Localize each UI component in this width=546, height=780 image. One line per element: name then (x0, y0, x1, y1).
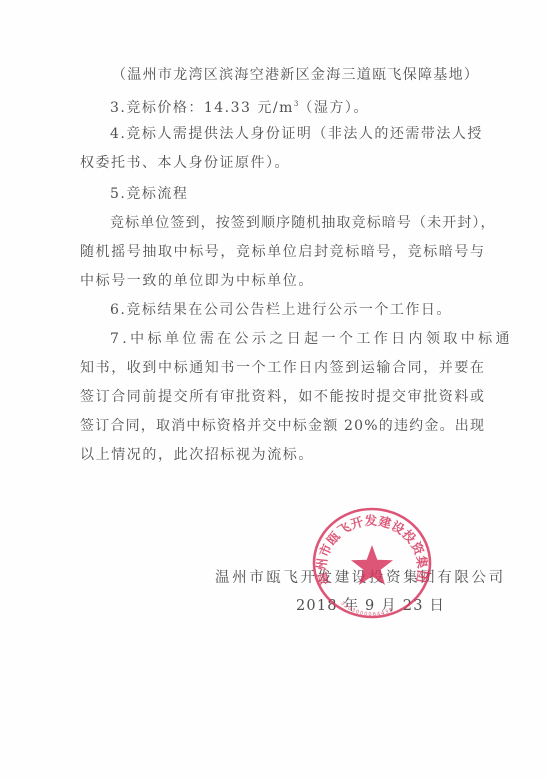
price-text: 3.竞标价格：14.33 元/m (110, 100, 294, 116)
item-5-heading: 5.竞标流程 (110, 184, 510, 204)
price-suffix: （湿方）。 (298, 100, 369, 116)
item-5-line-3: 中标号一致的单位即为中标单位。 (80, 271, 480, 291)
company-signature: 温州市瓯飞开发建设投资集团有限公司 (215, 568, 506, 588)
signature-date: 2018 年 9 月 23 日 (296, 596, 445, 616)
address-line: （温州市龙湾区滨海空港新区金海三道瓯飞保障基地） (112, 65, 512, 85)
item-7-line-5: 以上情况的，此次招标视为流标。 (80, 445, 480, 465)
item-7-line-4: 签订合同，取消中标资格并交中标金额 20%的违约金。出现 (80, 416, 480, 436)
item-5-line-2: 随机摇号抽取中标号，竞标单位启封竞标暗号，竞标暗号与 (80, 242, 480, 262)
item-4-line-2: 权委托书、本人身份证原件）。 (80, 153, 480, 173)
document-page: （温州市龙湾区滨海空港新区金海三道瓯飞保障基地） 3.竞标价格：14.33 元/… (0, 0, 546, 780)
item-7-line-3: 签订合同前提交所有审批资料，如不能按时提交审批资料或 (80, 387, 480, 407)
item-7-line-1: 7.中标单位需在公示之日起一个工作日内领取中标通 (110, 329, 510, 349)
item-6: 6.竞标结果在公司公告栏上进行公示一个工作日。 (110, 300, 510, 320)
item-5-line-1: 竞标单位签到，按签到顺序随机抽取竞标暗号（未开封）， (110, 213, 510, 233)
item-3-price: 3.竞标价格：14.33 元/m3（湿方）。 (110, 94, 510, 114)
item-7-line-2: 知书，收到中标通知书一个工作日内签到运输合同，并要在 (80, 358, 480, 378)
item-4-line-1: 4.竞标人需提供法人身份证明（非法人的还需带法人授 (110, 124, 510, 144)
